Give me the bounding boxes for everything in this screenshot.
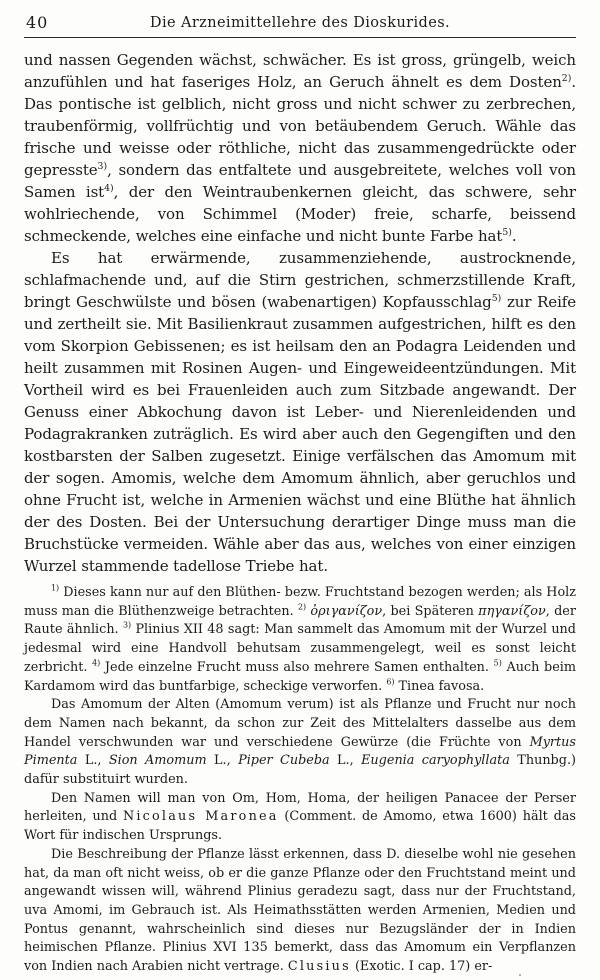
footnote-marker: 1) <box>51 584 59 593</box>
text-run: (Exotic. I cap. 17) er- <box>351 959 492 974</box>
footnote-marker: 3) <box>123 621 131 630</box>
text-run: Die Beschreibung der Pflanze lässt erken… <box>24 847 576 974</box>
header-rule <box>24 37 576 38</box>
footnote-marker: 2) <box>298 602 306 611</box>
species-name: Eugenia caryophyllata <box>361 753 510 768</box>
text-run: zur Reife und zertheilt sie. Mit Basilie… <box>24 293 576 575</box>
footnotes-section: 1) Dieses kann nur auf den Blüthen- bezw… <box>24 584 576 977</box>
footnote-paragraph: Den Namen will man von Om, Hom, Homa, de… <box>24 790 576 846</box>
text-run: L., <box>77 753 108 768</box>
footnote-marker: 4) <box>104 183 114 194</box>
running-title: Die Arzneimittellehre des Dioskurides. <box>0 15 600 31</box>
book-page: 40 Die Arzneimittellehre des Dioskurides… <box>0 0 600 980</box>
footnote-marker: 5) <box>492 293 502 304</box>
scan-artifact <box>519 974 521 976</box>
text-run: und nassen Gegenden wächst, schwächer. E… <box>24 51 576 91</box>
body-paragraph: Es hat erwärmende, zusammenziehende, aus… <box>24 247 576 577</box>
footnote-marker: 2) <box>562 73 572 84</box>
page-header: 40 Die Arzneimittellehre des Dioskurides… <box>0 0 600 37</box>
text-run: L., <box>330 753 361 768</box>
greek-term: ὀριγανίζον <box>310 604 382 619</box>
text-run: , bei Späteren <box>382 604 478 619</box>
footnote-marker: 5) <box>494 659 502 668</box>
footnote-paragraph: 1) Dieses kann nur auf den Blüthen- bezw… <box>24 584 576 696</box>
species-name: Piper Cubeba <box>238 753 330 768</box>
text-run: Das Amomum der Alten (Amomum verum) ist … <box>24 697 576 749</box>
text-run: Jede einzelne Frucht muss also mehrere S… <box>100 660 493 675</box>
footnote-paragraph: Das Amomum der Alten (Amomum verum) ist … <box>24 696 576 790</box>
body-text: und nassen Gegenden wächst, schwächer. E… <box>24 49 576 577</box>
text-run: . <box>512 227 517 245</box>
text-run: Nicolaus Maronea <box>123 809 279 824</box>
body-paragraph: und nassen Gegenden wächst, schwächer. E… <box>24 49 576 247</box>
text-run: L., <box>207 753 238 768</box>
species-name: Sion Amomum <box>109 753 207 768</box>
footnote-marker: 5) <box>502 227 512 238</box>
text-run: Tinea favosa. <box>394 679 484 694</box>
footnote-paragraph: Die Beschreibung der Pflanze lässt erken… <box>24 846 576 977</box>
text-run: Clusius <box>288 959 351 974</box>
greek-term: πηγανίζον <box>478 604 546 619</box>
footnote-marker: 3) <box>98 161 108 172</box>
